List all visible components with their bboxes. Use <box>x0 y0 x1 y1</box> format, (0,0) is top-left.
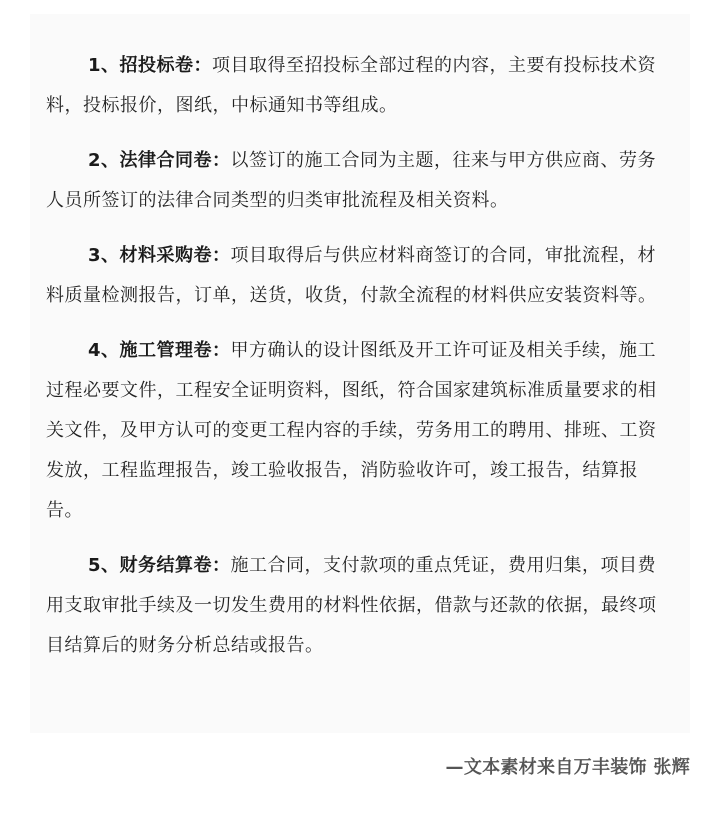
content-box: 1、招投标卷：项目取得至招投标全部过程的内容，主要有投标技术资料，投标报价，图纸… <box>30 14 690 733</box>
paragraph-lead: 2、法律合同卷： <box>88 150 231 171</box>
paragraph-legal-contract: 2、法律合同卷：以签订的施工合同为主题，往来与甲方供应商、劳务人员所签订的法律合… <box>46 141 674 221</box>
paragraph-construction-management: 4、施工管理卷：甲方确认的设计图纸及开工许可证及相关手续，施工过程必要文件，工程… <box>46 331 674 531</box>
paragraph-lead: 1、招投标卷： <box>88 55 212 76</box>
paragraph-material-procurement: 3、材料采购卷：项目取得后与供应材料商签订的合同，审批流程，材料质量检测报告，订… <box>46 236 674 316</box>
source-credit: —文本素材来自万丰装饰 张辉 <box>446 754 690 782</box>
paragraph-lead: 4、施工管理卷： <box>88 340 231 361</box>
paragraph-lead: 5、财务结算卷： <box>88 555 231 576</box>
paragraph-lead: 3、材料采购卷： <box>88 245 231 266</box>
paragraph-bidding: 1、招投标卷：项目取得至招投标全部过程的内容，主要有投标技术资料，投标报价，图纸… <box>46 46 674 126</box>
paragraph-body: 甲方确认的设计图纸及开工许可证及相关手续，施工过程必要文件，工程安全证明资料，图… <box>46 340 657 521</box>
paragraph-financial-settlement: 5、财务结算卷：施工合同，支付款项的重点凭证，费用归集，项目费用支取审批手续及一… <box>46 546 674 666</box>
